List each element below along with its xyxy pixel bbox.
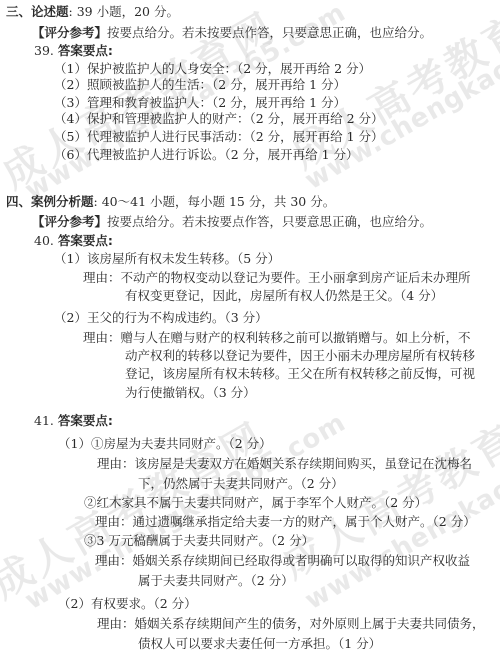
section-3-prefix: 三、 [6, 4, 31, 19]
watermark-url: www.chengkao365.com [300, 407, 500, 616]
reason-label: 理由： [83, 330, 121, 345]
reason-label: 理由： [83, 270, 121, 285]
q39-point-4: （4）保护和管理被监护人的财产：（2 分，展开再给 2 分） [54, 111, 384, 127]
reason-label: 理由： [95, 553, 133, 568]
section-3-title-rest: : 39 小题，20 分。 [69, 4, 179, 19]
q39-heading: 39. 答案要点: [34, 43, 113, 59]
section-3-title-bold: 论述题 [31, 4, 69, 19]
section-4-prefix: 四、 [6, 194, 31, 209]
question-number: 41. [34, 413, 54, 428]
q41-heading: 41. 答案要点: [34, 413, 113, 429]
q40-point-2-reason-cont: 为行使撤销权。（3 分） [125, 385, 256, 401]
reason-text: 通过遗嘱继承指定给夫妻一方的财产，属于个人财产。（2 分） [133, 514, 476, 529]
q39-point-3: （3）管理和教育被监护人：（2 分，展开再给 1 分） [54, 95, 346, 111]
q41-point-1-item-2-reason: 理由：通过遗嘱继承指定给夫妻一方的财产，属于个人财产。（2 分） [95, 514, 476, 530]
reason-text: 赠与人在赠与财产的权利转移之前可以撤销赠与。如上分析，不 [121, 330, 471, 345]
q41-point-1-item-3-reason: 理由：婚姻关系存续期间已经取得或者明确可以取得的知识产权收益 [95, 553, 470, 569]
q40-point-2-reason: 理由：赠与人在赠与财产的权利转移之前可以撤销赠与。如上分析，不 [83, 330, 471, 346]
reason-label: 理由： [97, 456, 135, 471]
q39-point-5: （5）代理被监护人进行民事活动：（2 分，展开再给 1 分） [54, 129, 384, 145]
q41-point-1-item-1: （1）①房屋为夫妻共同财产。（2 分） [58, 436, 272, 452]
q41-point-2-reason-cont: 债权人可以要求夫妻任何一方承担。（1 分） [138, 636, 381, 652]
section-4-title-bold: 案例分析题 [31, 194, 94, 209]
q39-point-6: （6）代理被监护人进行诉讼。（2 分，展开再给 1 分） [54, 147, 359, 163]
reason-text: 该房屋是夫妻双方在婚姻关系存续期间购买，虽登记在沈梅名 [135, 456, 473, 471]
q40-point-1-reason-cont: 有权变更登记，因此，房屋所有权人仍然是王父。（4 分） [125, 288, 443, 304]
question-number: 39. [34, 43, 54, 58]
q41-point-1-item-2: ②红木家具不属于夫妻共同财产，属于李军个人财产。（2 分） [84, 495, 427, 511]
q41-point-1-item-3: ③3 万元稿酬属于夫妻共同财产。（2 分） [84, 533, 314, 549]
q40-point-1-reason: 理由：不动产的物权变动以登记为要件。王小丽拿到房产证后未办理所 [83, 270, 471, 286]
answer-heading: 答案要点: [58, 43, 113, 58]
section-4-grading-note: 【评分参考】按要点给分。若未按要点作答，只要意思正确，也应给分。 [32, 214, 432, 230]
section-4-title-rest: : 40～41 小题，每小题 15 分，共 30 分。 [94, 194, 336, 209]
grading-text: 按要点给分。若未按要点作答，只要意思正确，也应给分。 [107, 214, 432, 229]
q41-point-2-reason: 理由：婚姻关系存续期间产生的债务，对外原则上属于夫妻共同债务， [97, 616, 485, 632]
reason-label: 理由： [95, 514, 133, 529]
section-3-title: 三、论述题: 39 小题，20 分。 [6, 4, 179, 20]
reason-text: 婚姻关系存续期间已经取得或者明确可以取得的知识产权收益 [133, 553, 471, 568]
q41-point-2: （2）有权要求。（2 分） [58, 596, 197, 612]
q39-point-2: （2）照顾被监护人的生活：（2 分，展开再给 1 分） [54, 77, 346, 93]
q40-heading: 40. 答案要点: [34, 233, 113, 249]
q40-point-2: （2）王父的行为不构成违约。（3 分） [54, 310, 268, 326]
q40-point-1: （1）该房屋所有权未发生转移。（5 分） [54, 251, 280, 267]
section-3-grading-note: 【评分参考】按要点给分。若未按要点作答，只要意思正确，也应给分。 [32, 25, 432, 41]
answer-heading: 答案要点: [58, 233, 113, 248]
q40-point-2-reason-cont: 登记，该房屋所有权未转移。王父在所有权转移之前反悔，可视 [125, 366, 475, 382]
q41-point-1-item-1-reason-cont: 下，仍然属于夫妻共同财产。（2 分） [138, 476, 344, 492]
question-number: 40. [34, 233, 54, 248]
grading-text: 按要点给分。若未按要点作答，只要意思正确，也应给分。 [107, 25, 432, 40]
q40-point-2-reason-cont: 动产权利的转移以登记为要件，因王小丽未办理房屋所有权转移 [125, 348, 475, 364]
reason-text: 不动产的物权变动以登记为要件。王小丽拿到房产证后未办理所 [121, 270, 471, 285]
q39-point-1: （1）保护被监护人的人身安全：（2 分，展开再给 2 分） [54, 61, 371, 77]
section-4-title: 四、案例分析题: 40～41 小题，每小题 15 分，共 30 分。 [6, 194, 335, 210]
grading-label: 【评分参考】 [32, 25, 107, 40]
answer-heading: 答案要点: [58, 413, 113, 428]
reason-text: 婚姻关系存续期间产生的债务，对外原则上属于夫妻共同债务， [135, 616, 485, 631]
q41-point-1-item-1-reason: 理由：该房屋是夫妻双方在婚姻关系存续期间购买，虽登记在沈梅名 [97, 456, 472, 472]
grading-label: 【评分参考】 [32, 214, 107, 229]
q41-point-1-item-3-reason-cont: 属于夫妻共同财产。（2 分） [138, 573, 294, 589]
reason-label: 理由： [97, 616, 135, 631]
